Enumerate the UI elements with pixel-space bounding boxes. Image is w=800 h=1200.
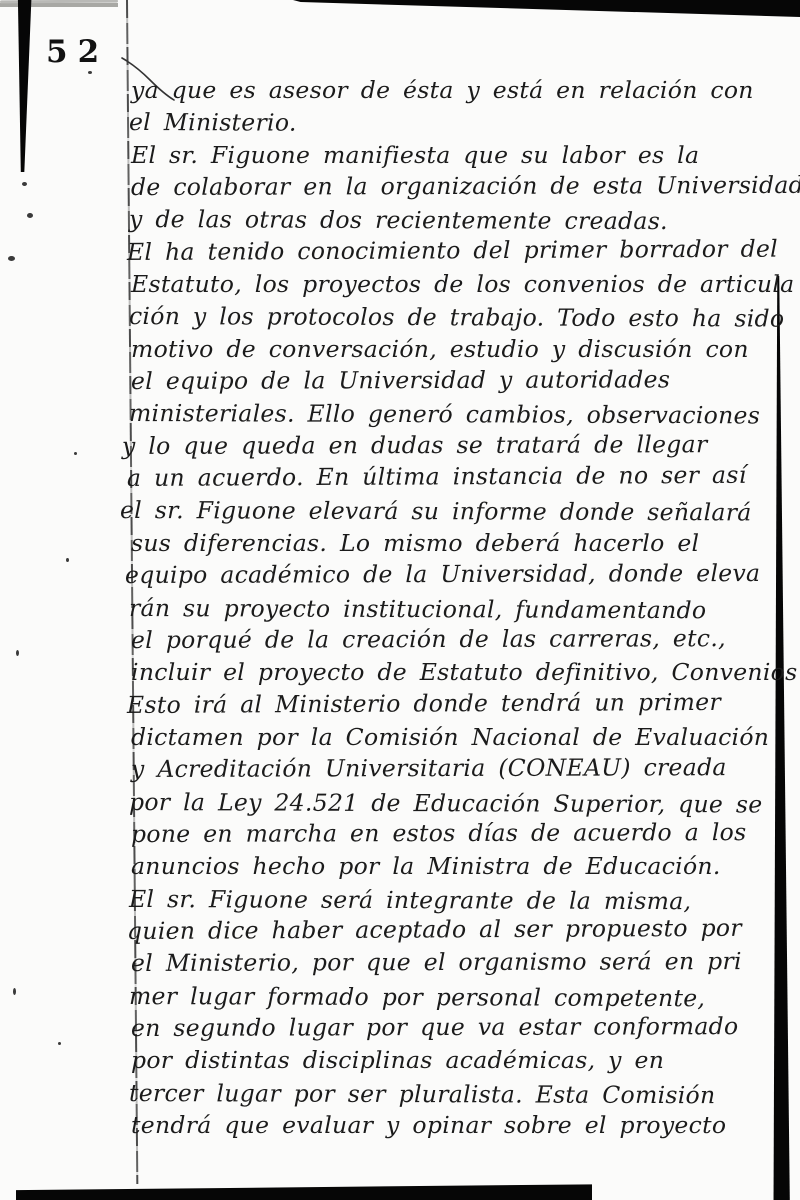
page-number: 52 (46, 34, 109, 70)
manuscript-line: el Ministerio. (129, 106, 793, 141)
manuscript-line: por distintas disciplinas académicas, y … (131, 1044, 795, 1076)
manuscript-line: el equipo de la Universidad y autoridade… (131, 363, 795, 397)
ink-speck (74, 452, 77, 455)
manuscript-line: Estatuto, los proyectos de los convenios… (131, 268, 795, 300)
manuscript-line: a un acuerdo. En última instancia de no … (127, 459, 791, 495)
manuscript-line: Esto irá al Ministerio donde tendrá un p… (127, 685, 791, 721)
manuscript-line: quien dice haber aceptado al ser propues… (127, 911, 791, 947)
ink-speck (16, 650, 19, 656)
scan-artifact-top-right (293, 0, 800, 17)
manuscript-line: de colaborar en la organización de esta … (131, 169, 795, 203)
manuscript-line: anuncios hecho por la Ministra de Educac… (131, 850, 795, 882)
manuscript-line: equipo académico de la Universidad, dond… (125, 557, 795, 591)
scan-artifact-left (16, 0, 32, 172)
manuscript-line: motivo de conversación, estudio y discus… (131, 333, 795, 365)
manuscript-line: el Ministerio, por que el organismo será… (131, 945, 795, 979)
ink-speck (22, 182, 27, 186)
ink-speck (27, 213, 33, 218)
manuscript-line: dictamen por la Comisión Nacional de Eva… (131, 721, 795, 753)
manuscript-line: y lo que queda en dudas se tratará de ll… (122, 428, 795, 462)
manuscript-line: en segundo lugar por que va estar confor… (131, 1010, 795, 1044)
manuscript-text: ya que es asesor de ésta y está en relac… (131, 74, 795, 1141)
manuscript-line: El ha tenido conocimiento del primer bor… (127, 232, 791, 268)
manuscript-line: el porqué de la creación de las carreras… (131, 622, 795, 656)
ink-speck (58, 1042, 61, 1045)
manuscript-line: incluir el proyecto de Estatuto definiti… (131, 656, 795, 688)
manuscript-line: ya que es asesor de ésta y está en relac… (131, 74, 795, 106)
ink-speck (13, 988, 16, 995)
manuscript-line: ción y los protocolos de trabajo. Todo e… (129, 300, 793, 335)
scan-artifact-bottom-faint (0, 3, 118, 7)
ink-speck (66, 558, 69, 562)
manuscript-line: sus diferencias. Lo mismo deberá hacerlo… (131, 527, 795, 559)
manuscript-line: rán su proyecto institucional, fundament… (129, 591, 793, 626)
scanned-page: 52 ya que es asesor de ésta y está en re… (0, 0, 800, 1200)
manuscript-line: tendrá que evaluar y opinar sobre el pro… (131, 1109, 795, 1141)
manuscript-line: ministeriales. Ello generó cambios, obse… (129, 397, 793, 432)
manuscript-line: y Acreditación Universitaria (CONEAU) cr… (131, 751, 795, 785)
manuscript-line: el sr. Figuone elevará su informe donde … (120, 494, 793, 529)
manuscript-line: tercer lugar por ser pluralista. Esta Co… (129, 1077, 793, 1112)
manuscript-line: por la Ley 24.521 de Educación Superior,… (129, 786, 793, 821)
manuscript-line: pone en marcha en estos días de acuerdo … (131, 816, 795, 850)
ink-speck (8, 256, 15, 261)
ink-speck (88, 71, 92, 74)
scan-artifact-bottom (16, 1184, 592, 1200)
manuscript-line: El sr. Figuone manifiesta que su labor e… (131, 139, 795, 171)
